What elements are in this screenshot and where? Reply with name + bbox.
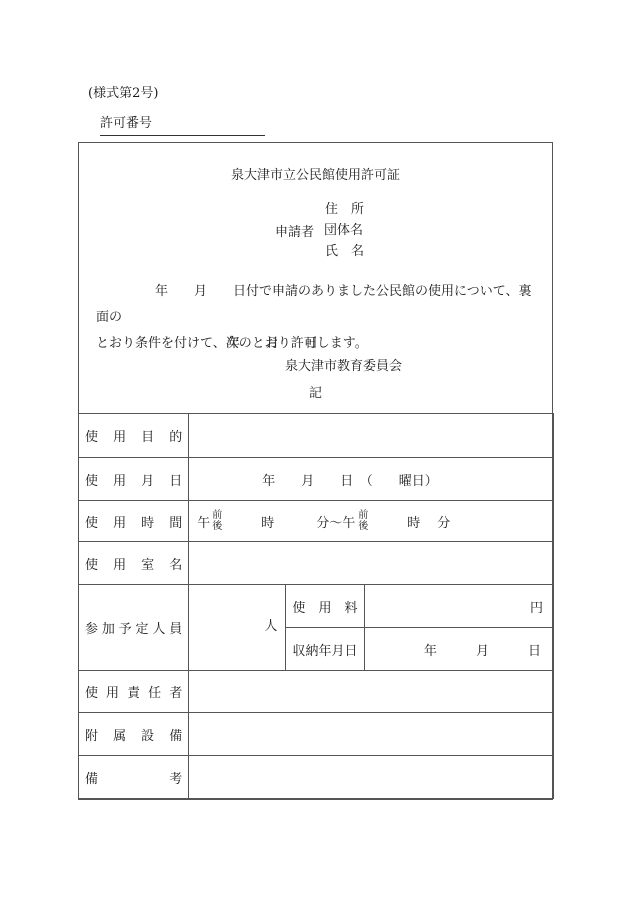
applicant-org-label: 団体名: [324, 220, 364, 241]
applicant-address-label: 住 所: [324, 199, 364, 220]
issue-date-line: 年 月 日: [227, 332, 318, 351]
form-style-note: (様式第2号): [88, 82, 158, 101]
row-purpose: 使用目的: [79, 414, 554, 458]
row-use-time: 使用時間 午 前 後 時 分～午 前 後 時 分: [79, 501, 554, 542]
permit-table: 使用目的 使用月日 年 月 日 （ 曜日） 使用時間 午 前 後 時 分～午: [78, 413, 554, 799]
row-use-date: 使用月日 年 月 日 （ 曜日）: [79, 458, 554, 501]
pm-label-1: 後: [212, 521, 222, 533]
participants-label: 参加予定人員: [79, 585, 189, 671]
row-room: 使用室名: [79, 542, 554, 585]
hour-label-1: 時: [261, 512, 274, 531]
certificate-title: 泉大津市立公民館使用許可証: [79, 164, 552, 183]
permit-number-label: 許可番号: [100, 116, 152, 131]
applicant-name-label: 氏 名: [324, 241, 364, 262]
payment-date-value: 年 月 日: [364, 628, 553, 671]
row-remarks: 備考: [79, 756, 554, 799]
ampm-stack-1: 前 後: [212, 510, 222, 533]
am-label-1: 前: [212, 510, 222, 522]
hour-label-2: 時: [407, 512, 420, 531]
time-template: 午 前 後 時 分～午 前 後 時 分: [189, 510, 553, 533]
applicant-prefix: 申請者: [275, 221, 314, 240]
minute-label-2: 分: [437, 512, 450, 531]
am-label-2: 前: [358, 510, 368, 522]
remarks-label: 備考: [79, 756, 189, 799]
record-mark: 記: [79, 382, 552, 401]
applicant-block: 申請者 住 所 団体名 氏 名: [275, 199, 364, 262]
row-participants-fee: 参加予定人員 人 使用料 円: [79, 585, 554, 628]
minute-to-noon-label: 分～午: [316, 512, 355, 531]
room-label: 使用室名: [79, 542, 189, 585]
purpose-label: 使用目的: [79, 414, 189, 458]
pm-label-2: 後: [358, 521, 368, 533]
use-date-label: 使用月日: [79, 458, 189, 501]
permit-number-field: 許可番号: [100, 112, 265, 136]
manager-label: 使用責任者: [79, 671, 189, 713]
ampm-stack-2: 前 後: [358, 510, 368, 533]
use-date-value: 年 月 日 （ 曜日）: [189, 458, 554, 501]
purpose-value: [189, 414, 554, 458]
row-equipment: 附属設備: [79, 713, 554, 756]
room-value: [189, 542, 554, 585]
manager-value: [189, 671, 554, 713]
applicant-lines: 住 所 団体名 氏 名: [324, 199, 364, 262]
remarks-value: [189, 756, 554, 799]
certificate-box: 泉大津市立公民館使用許可証 申請者 住 所 団体名 氏 名 年 月 日付で申請の…: [78, 142, 553, 800]
fee-value-cell: 円: [364, 585, 553, 628]
use-time-value: 午 前 後 時 分～午 前 後 時 分: [189, 501, 554, 542]
participants-unit: 人: [264, 619, 277, 634]
issuer-name: 泉大津市教育委員会: [285, 355, 402, 374]
equipment-value: [189, 713, 554, 756]
participants-count-cell: 人: [189, 585, 286, 671]
use-time-label: 使用時間: [79, 501, 189, 542]
fee-label: 使用料: [286, 585, 364, 628]
document-page: { "page": { "form_note": "(様式第2号)", "per…: [0, 0, 630, 903]
noon-char-1: 午: [197, 512, 210, 531]
equipment-label: 附属設備: [79, 713, 189, 756]
row-manager: 使用責任者: [79, 671, 554, 713]
body-line-1: 年 月 日付で申請のありました公民館の使用について、裏面の: [96, 279, 538, 331]
payment-date-label: 収納年月日: [286, 628, 364, 671]
